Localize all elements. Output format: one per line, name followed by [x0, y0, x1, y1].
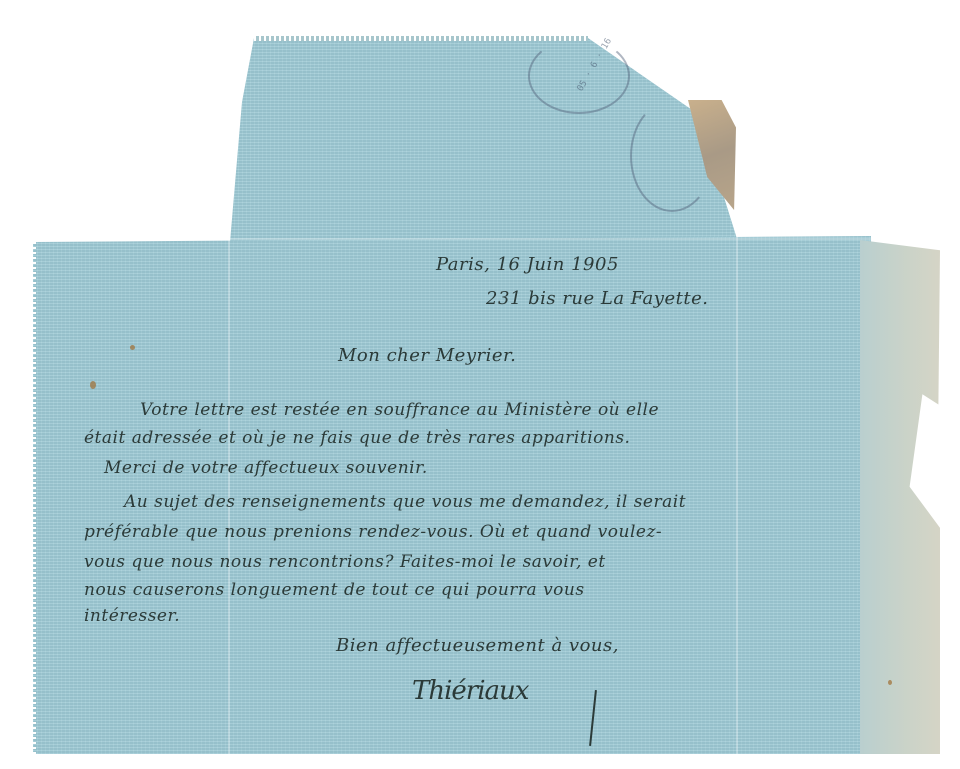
- stain: [90, 381, 96, 389]
- body-line: Au sujet des renseignements que vous me …: [124, 492, 686, 512]
- stain: [888, 680, 892, 685]
- place-date: Paris, 16 Juin 1905: [436, 254, 619, 275]
- salutation: Mon cher Meyrier.: [338, 345, 516, 366]
- body-line: intéresser.: [84, 606, 180, 626]
- postmark-top: [528, 38, 630, 114]
- perforated-edge-top: [254, 36, 588, 41]
- body-line: était adressée et où je ne fais que de t…: [84, 428, 630, 448]
- fold-crease: [736, 236, 738, 754]
- closing: Bien affectueusement à vous,: [336, 635, 619, 656]
- signature: Thiériaux: [412, 676, 528, 706]
- stain: [130, 345, 135, 350]
- body-line: nous causerons longuement de tout ce qui…: [84, 580, 585, 600]
- body-line: Merci de votre affectueux souvenir.: [104, 458, 428, 478]
- fold-crease: [33, 238, 873, 240]
- body-line: préférable que nous prenions rendez-vous…: [84, 522, 662, 542]
- postmark-partial: [630, 100, 714, 212]
- body-line: Votre lettre est restée en souffrance au…: [140, 400, 659, 420]
- torn-right-edge: [860, 240, 940, 754]
- body-line: vous que nous nous rencontrions? Faites-…: [84, 552, 606, 572]
- perforated-edge-left: [30, 240, 36, 754]
- address: 231 bis rue La Fayette.: [486, 288, 708, 309]
